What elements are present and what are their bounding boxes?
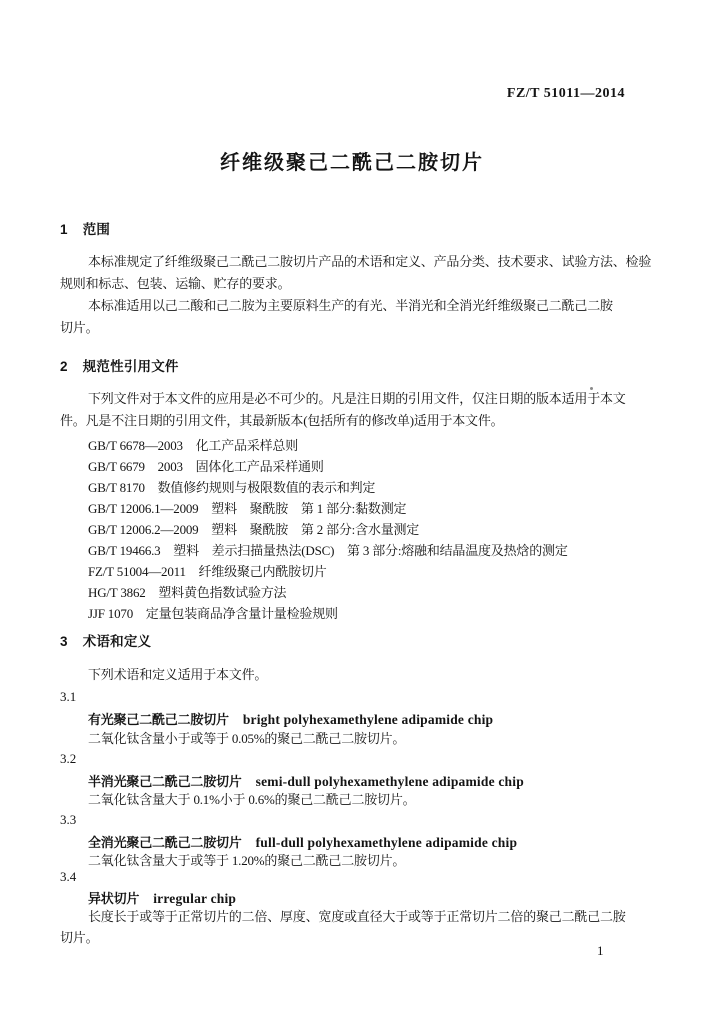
reference-item: GB/T 6678—2003 化工产品采样总则: [88, 435, 298, 454]
terms-intro: 下列术语和定义适用于本文件。: [88, 667, 267, 683]
term-definition: 二氧化钛含量大于或等于 1.20%的聚己二酰己二胺切片。: [88, 853, 405, 869]
page-number: 1: [597, 943, 604, 959]
term-name-line: 全消光聚己二酰己二胺切片full-dull polyhexamethylene …: [88, 832, 517, 851]
section-2-number: 2: [60, 359, 68, 374]
section-1-number: 1: [60, 222, 68, 237]
term-name-en: semi-dull polyhexamethylene adipamide ch…: [256, 774, 524, 789]
term-number: 3.1: [60, 689, 76, 705]
term-number: 3.2: [60, 751, 76, 767]
reference-item: GB/T 12006.2—2009 塑料 聚酰胺 第 2 部分:含水量测定: [88, 519, 419, 538]
term-name-en: bright polyhexamethylene adipamide chip: [243, 712, 493, 727]
scope-paragraph-1-line-1: 本标准规定了纤维级聚己二酰己二胺切片产品的术语和定义、产品分类、技术要求、试验方…: [88, 254, 651, 270]
term-number: 3.4: [60, 869, 76, 885]
reference-item: FZ/T 51004—2011 纤维级聚己内酰胺切片: [88, 561, 327, 580]
scope-paragraph-2-line-1: 本标准适用以己二酸和己二胺为主要原料生产的有光、半消光和全消光纤维级聚己二酰己二…: [88, 298, 613, 314]
term-name-line: 有光聚己二酰己二胺切片bright polyhexamethylene adip…: [88, 709, 493, 728]
section-1-title: 范围: [83, 222, 110, 237]
scan-speck-artifact: [590, 387, 593, 390]
term-name-cn: 有光聚己二酰己二胺切片: [88, 712, 229, 727]
section-3-number: 3: [60, 634, 68, 649]
term-definition-line-1: 长度长于或等于正常切片的二倍、厚度、宽度或直径大于或等于正常切片二倍的聚己二酰己…: [88, 909, 626, 925]
term-name-cn: 异状切片: [88, 891, 139, 906]
term-name-cn: 半消光聚己二酰己二胺切片: [88, 774, 242, 789]
term-name-cn: 全消光聚己二酰己二胺切片: [88, 835, 242, 850]
section-1-heading: 1范围: [60, 218, 110, 238]
reference-item: GB/T 6679 2003 固体化工产品采样通则: [88, 456, 324, 475]
term-name-line: 异状切片irregular chip: [88, 888, 236, 907]
reference-item: GB/T 12006.1—2009 塑料 聚酰胺 第 1 部分:黏数测定: [88, 498, 406, 517]
term-name-en: irregular chip: [153, 891, 236, 906]
term-definition: 二氧化钛含量小于或等于 0.05%的聚己二酰己二胺切片。: [88, 731, 405, 747]
section-2-title: 规范性引用文件: [83, 359, 179, 374]
section-3-title: 术语和定义: [83, 634, 152, 649]
term-definition: 二氧化钛含量大于 0.1%小于 0.6%的聚己二酰己二胺切片。: [88, 792, 415, 808]
term-number: 3.3: [60, 812, 76, 828]
reference-item: GB/T 19466.3 塑料 差示扫描量热法(DSC) 第 3 部分:熔融和结…: [88, 540, 568, 559]
reference-item: HG/T 3862 塑料黄色指数试验方法: [88, 582, 286, 601]
scope-paragraph-1-line-2: 规则和标志、包装、运输、贮存的要求。: [60, 276, 290, 292]
document-title: 纤维级聚己二酰己二胺切片: [0, 146, 704, 175]
term-name-en: full-dull polyhexamethylene adipamide ch…: [256, 835, 518, 850]
references-intro-line-2: 件。凡是不注日期的引用文件，其最新版本(包括所有的修改单)适用于本文件。: [60, 413, 503, 429]
reference-item: GB/T 8170 数值修约规则与极限数值的表示和判定: [88, 477, 375, 496]
term-name-line: 半消光聚己二酰己二胺切片semi-dull polyhexamethylene …: [88, 771, 524, 790]
scope-paragraph-2-line-2: 切片。: [60, 320, 98, 336]
reference-item: JJF 1070 定量包装商品净含量计量检验规则: [88, 603, 338, 622]
term-definition-line-2: 切片。: [60, 930, 98, 946]
document-page: FZ/T 51011—2014 纤维级聚己二酰己二胺切片 1范围 本标准规定了纤…: [0, 0, 704, 1024]
references-intro-line-1: 下列文件对于本文件的应用是必不可少的。凡是注日期的引用文件，仅注日期的版本适用于…: [88, 391, 626, 407]
section-2-heading: 2规范性引用文件: [60, 355, 179, 375]
standard-code: FZ/T 51011—2014: [507, 86, 625, 102]
section-3-heading: 3术语和定义: [60, 630, 151, 650]
